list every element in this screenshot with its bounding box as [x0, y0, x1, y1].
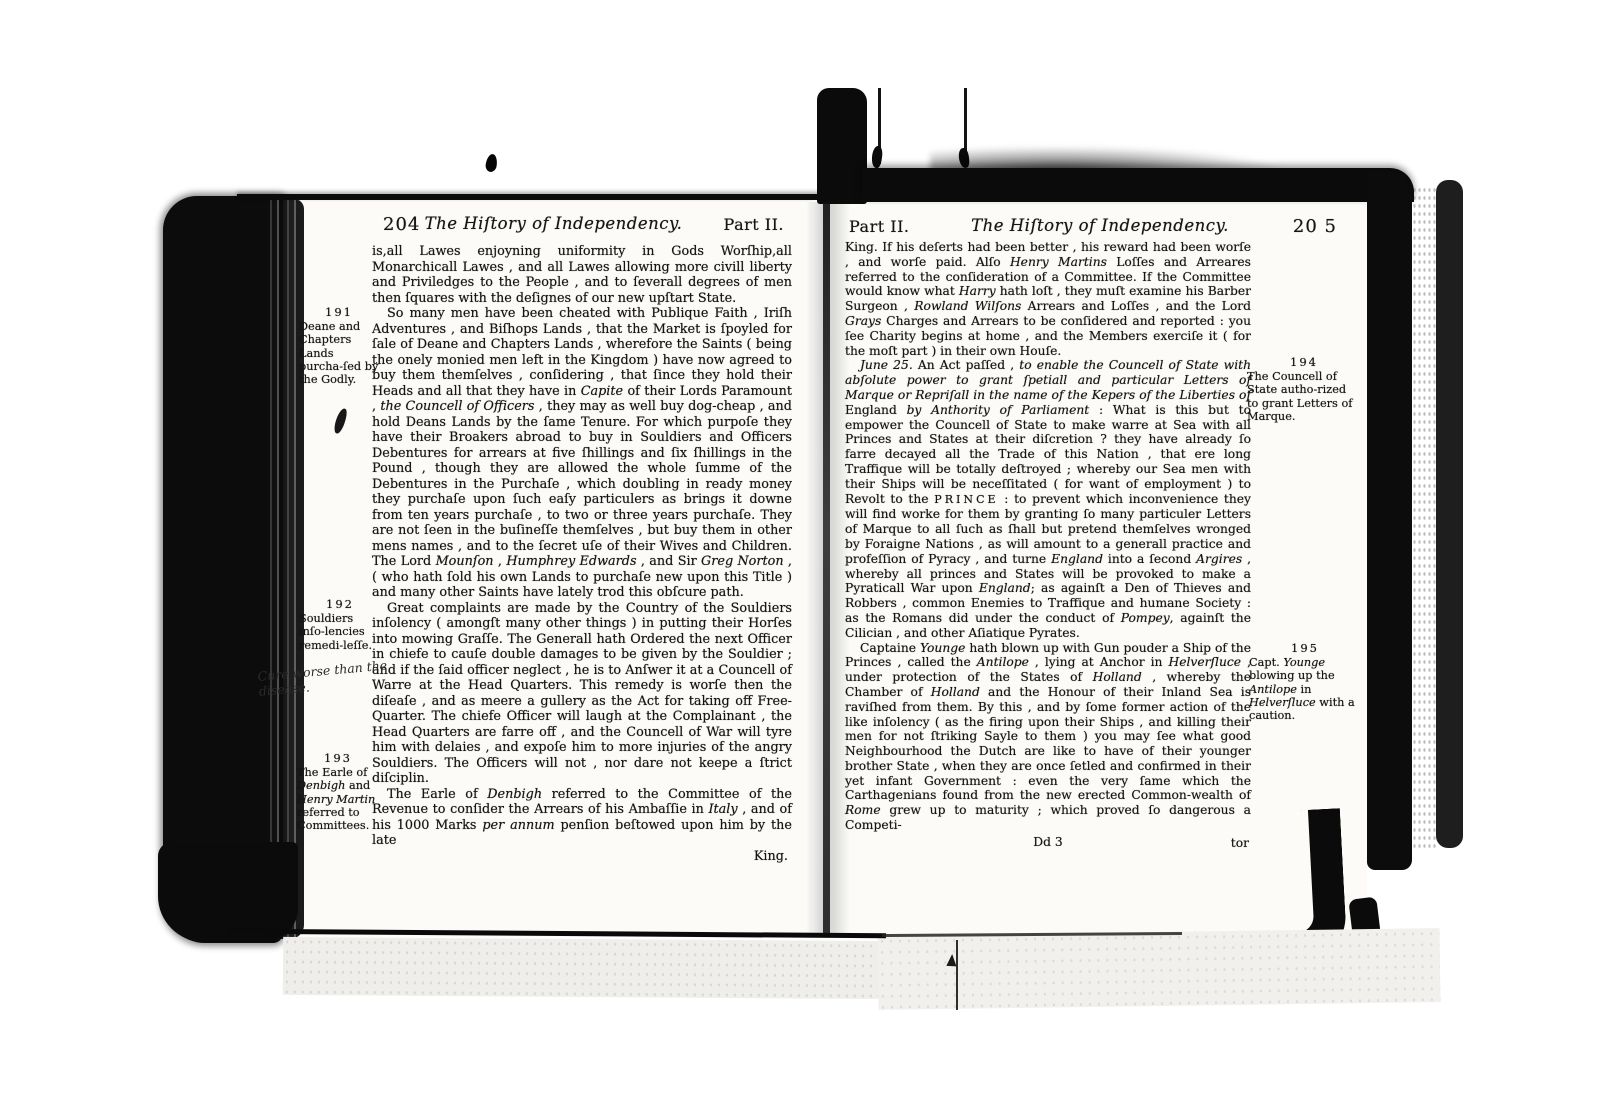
text-segment: Henry Martin — [297, 793, 375, 806]
text-segment: into a ſecond — [1103, 552, 1196, 566]
text-segment: , they may as well buy dog-cheap , and h… — [372, 399, 792, 569]
margin-note-195: 195 Capt. Younge blowing up the Antilope… — [1249, 642, 1361, 722]
page-top-edge-left — [237, 194, 822, 200]
text-segment: Antilope — [1249, 683, 1297, 696]
right-page-header: Part II. The Hiſtory of Independency. 20… — [833, 216, 1367, 237]
text-segment: and — [345, 779, 370, 792]
text-segment: An Act paſſed , — [913, 358, 1020, 372]
book-edge-right-speckle — [1412, 186, 1436, 850]
text-segment: Rowland Wilſons — [914, 299, 1021, 313]
paragraph: Captaine Younge hath blown up with Gun p… — [845, 641, 1251, 833]
book-scan: 204 The Hiſtory of Independency. Part II… — [0, 0, 1600, 1108]
text-segment: Italy — [708, 802, 737, 817]
text-segment: PRINCE — [934, 493, 998, 506]
text-segment: , — [494, 554, 507, 569]
margin-note-number: 193 — [297, 752, 379, 765]
right-page-footer: Dd 3 tor — [845, 835, 1251, 853]
margin-note-193: 193 The Earle of Denbigh and Henry Marti… — [297, 752, 379, 832]
text-segment: Deane and Chapters Lands purcha-ſed by t… — [299, 320, 378, 386]
text-segment: Capt. — [1249, 656, 1283, 669]
right-page-body: King. If his deſerts had been better , h… — [845, 240, 1251, 853]
margin-note-number: 195 — [1249, 642, 1361, 655]
text-segment: Younge — [920, 641, 965, 655]
text-segment: and the Honour of their Inland Sea is ra… — [845, 685, 1251, 803]
margin-note-text: Deane and Chapters Lands purcha-ſed by t… — [299, 320, 378, 386]
text-segment: Denbigh — [297, 779, 345, 792]
margin-note-192: 192 Souldiers inſo-lencies remedi-leſſe. — [299, 598, 381, 652]
margin-note-number: 191 — [299, 306, 379, 319]
margin-note-text: The Earle of Denbigh and Henry Martin re… — [297, 766, 375, 832]
text-segment: Arrears and Loſſes , and the Lord — [1021, 299, 1251, 313]
book-edge-left — [163, 196, 283, 943]
margin-note-191: 191 Deane and Chapters Lands purcha-ſed … — [299, 306, 379, 386]
text-segment: grew up to maturity ; which proved ſo da… — [845, 803, 1251, 832]
text-segment: Souldiers inſo-lencies remedi-leſſe. — [299, 612, 372, 651]
pen-squiggle — [956, 940, 958, 1010]
page-block-bottom-right — [878, 928, 1441, 1010]
margin-note-text: Souldiers inſo-lencies remedi-leſſe. — [299, 612, 372, 651]
paragraph: So many men have been cheated with Publi… — [372, 306, 792, 601]
right-part-label: Part II. — [849, 217, 909, 236]
text-segment: per annum — [482, 818, 554, 833]
text-segment: June 25. — [860, 358, 913, 372]
text-segment: The Earle of — [297, 766, 367, 779]
page-block-bottom-left — [283, 937, 888, 999]
page-top-edge-right — [862, 168, 1414, 202]
ink-drop — [485, 153, 499, 172]
text-segment: by Anthority of Parliament — [907, 403, 1090, 417]
text-segment: Henry Martins — [1010, 255, 1107, 269]
left-page-body: is,all Lawes enjoyning uniformity in God… — [372, 244, 792, 864]
margin-note-text: Capt. Younge blowing up the Antilope in … — [1249, 656, 1355, 722]
text-segment: Humphrey Edwards — [506, 554, 636, 569]
text-segment: Great complaints are made by the Country… — [372, 601, 792, 787]
text-segment: Capite — [581, 384, 623, 399]
text-segment: Denbigh — [487, 787, 542, 802]
book-edge-right-outer — [1436, 180, 1463, 848]
text-segment: Argires — [1196, 552, 1242, 566]
right-page-paragraphs: King. If his deſerts had been better , h… — [845, 240, 1251, 833]
margin-note-194: 194 The Councell of State autho-rized to… — [1247, 356, 1361, 423]
text-segment: in — [1297, 683, 1311, 696]
text-segment: Rome — [845, 803, 881, 817]
paragraph: King. If his deſerts had been better , h… — [845, 240, 1251, 358]
text-segment: Younge — [1283, 656, 1325, 669]
text-segment: Pompey — [1121, 611, 1170, 625]
gutter-shadow-line — [823, 202, 830, 937]
text-segment: is,all Lawes enjoyning uniformity in God… — [372, 244, 792, 306]
text-segment: England — [1051, 552, 1103, 566]
text-segment: Holland — [1093, 670, 1142, 684]
left-running-title: The Hiſtory of Independency. — [425, 214, 683, 233]
paragraph: is,all Lawes enjoyning uniformity in God… — [372, 244, 792, 306]
margin-note-number: 192 — [299, 598, 381, 611]
gutter-top-shadow — [817, 88, 867, 204]
left-page-header: 204 The Hiſtory of Independency. Part II… — [295, 214, 812, 235]
text-segment: The Councell of State autho-rized to gra… — [1247, 370, 1352, 423]
text-segment: The Earle of — [387, 787, 487, 802]
text-segment: England — [979, 581, 1031, 595]
paragraph: The Earle of Denbigh referred to the Com… — [372, 787, 792, 849]
margin-note-number: 194 — [1247, 356, 1361, 369]
right-page-number: 20 5 — [1293, 216, 1337, 237]
left-page-paragraphs: is,all Lawes enjoyning uniformity in God… — [372, 244, 792, 849]
text-segment: Charges and Arrears to be conſidered and… — [845, 314, 1251, 358]
text-segment: blowing up the — [1249, 669, 1335, 682]
text-segment: , and Sir — [637, 554, 701, 569]
text-segment: Captaine — [860, 641, 920, 655]
book-edge-left-corner — [158, 842, 298, 942]
paragraph: June 25. An Act paſſed , to enable the C… — [845, 358, 1251, 640]
left-part-label: Part II. — [724, 215, 784, 234]
text-segment: England — [845, 403, 907, 417]
margin-note-text: The Councell of State autho-rized to gra… — [1247, 370, 1352, 423]
text-segment: Grays — [845, 314, 881, 328]
text-segment: Mounſon — [436, 554, 494, 569]
book-edge-right-inner — [1367, 170, 1412, 870]
signature-mark: Dd 3 — [1033, 835, 1062, 849]
right-page-catchword: tor — [1231, 836, 1249, 851]
ink-mark — [871, 145, 884, 168]
text-segment: , lying at Anchor in — [1029, 655, 1169, 669]
paragraph: Great complaints are made by the Country… — [372, 601, 792, 787]
left-page-number: 204 — [383, 214, 420, 235]
right-running-title: The Hiſtory of Independency. — [971, 216, 1229, 235]
text-segment: Harry — [959, 284, 996, 298]
text-segment: : What is this but to empower the Counce… — [845, 403, 1251, 506]
text-segment: Greg Norton — [701, 554, 784, 569]
text-segment: referred to Committees. — [297, 806, 369, 832]
text-segment: Helverſluce — [1168, 655, 1241, 669]
text-segment: Helverſluce — [1249, 696, 1316, 709]
text-segment: Antilope — [977, 655, 1029, 669]
text-segment: Holland — [931, 685, 980, 699]
text-segment: the Councell of Officers — [380, 399, 534, 414]
left-page-catchword: King. — [372, 849, 792, 865]
